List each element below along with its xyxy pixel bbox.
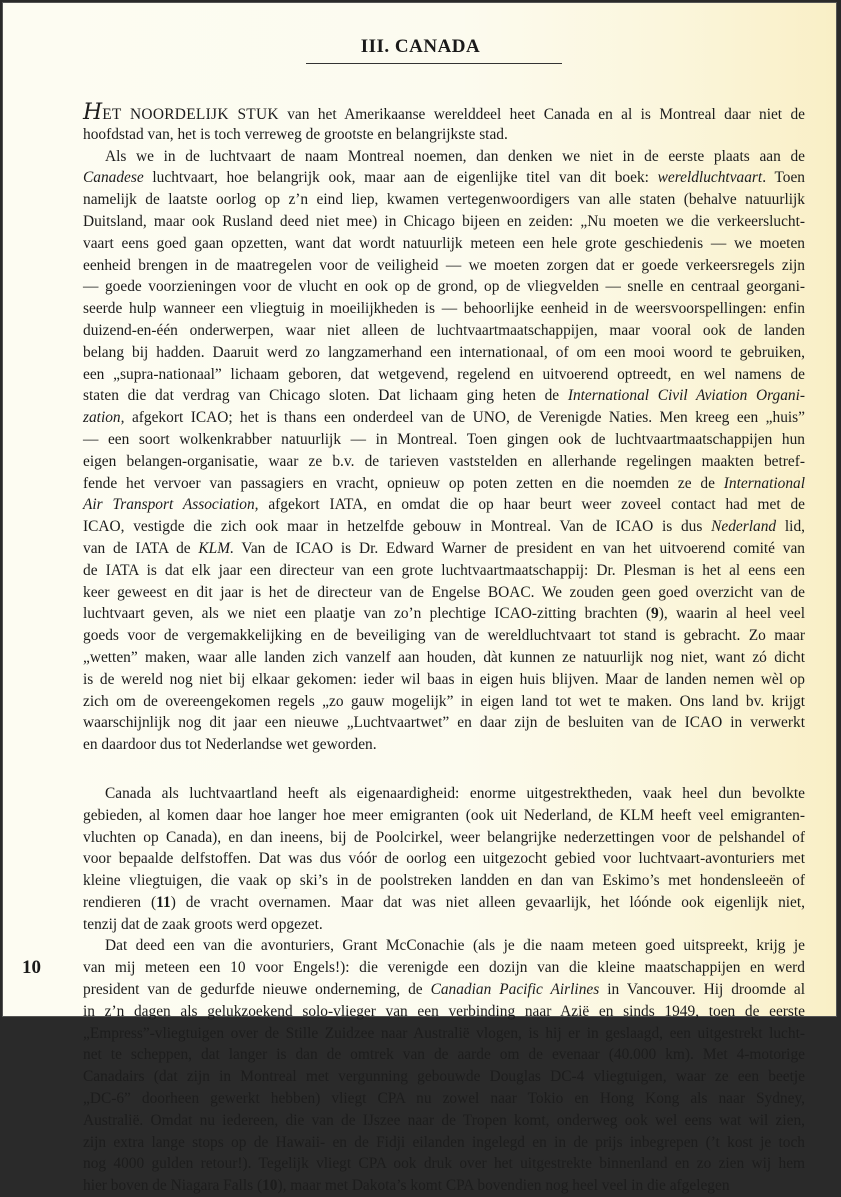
text-line: de IATA is dat elk jaar een directeur va… xyxy=(83,560,805,582)
heading-underline xyxy=(306,63,562,64)
page-number: 10 xyxy=(22,957,41,979)
text-line: namelijk de laatste oorlog op z’n eind l… xyxy=(83,189,805,211)
text-run: staten die dat verdrag van Chicago slote… xyxy=(83,387,568,404)
text-line: belang bij hadden. Daaruit werd zo langz… xyxy=(83,342,805,364)
decorative-initial: H xyxy=(83,100,102,125)
text-run: duizend-en-één onderwerpen, waar niet al… xyxy=(83,322,805,339)
italic-text: Nederland xyxy=(711,518,776,535)
text-line: kleine vliegtuigen, die vaak op ski’s in… xyxy=(83,870,805,892)
text-run: de IATA is dat elk jaar een directeur va… xyxy=(83,562,805,579)
text-line: Dat deed een van die avonturiers, Grant … xyxy=(83,935,805,957)
text-run: in Vancouver. Hij droomde al xyxy=(599,981,805,998)
text-line: zation, afgekort ICAO; het is thans een … xyxy=(83,407,805,429)
text-line: en daardoor dus tot Nederlandse wet gewo… xyxy=(83,734,805,756)
italic-text: wereldluchtvaart xyxy=(658,169,763,186)
text-line: luchtvaart geven, als we niet een plaatj… xyxy=(83,603,805,625)
paragraph-lines: hoofdstad van, het is toch verreweg de g… xyxy=(83,124,805,1021)
text-run: fende het vervoer van passagiers en vrac… xyxy=(83,475,724,492)
text-run: en daardoor dus tot Nederlandse wet gewo… xyxy=(83,736,377,753)
text-run: kleine vliegtuigen, die vaak op ski’s in… xyxy=(83,872,805,889)
text-run: goeds voor de vergemakkelijking en de be… xyxy=(83,627,805,644)
text-line: goeds voor de vergemakkelijking en de be… xyxy=(83,625,805,647)
text-run: Duitsland, maar ook Rusland deed niet me… xyxy=(83,213,805,230)
text-line: hoofdstad van, het is toch verreweg de g… xyxy=(83,124,805,146)
text-line: gebieden, al komen daar hoe langer hoe m… xyxy=(83,805,805,827)
italic-text: KLM. xyxy=(198,540,234,557)
text-run: Als we in de luchtvaart de naam Montreal… xyxy=(105,148,805,165)
text-line: keer geweest en dit jaar is het de direc… xyxy=(83,582,805,604)
text-run: belang bij hadden. Daaruit werd zo langz… xyxy=(83,344,805,361)
text-run: hoofdstad van, het is toch verreweg de g… xyxy=(83,126,508,143)
italic-text: International xyxy=(724,475,805,492)
text-run: gebieden, al komen daar hoe langer hoe m… xyxy=(83,807,805,824)
text-run: namelijk de laatste oorlog op z’n eind l… xyxy=(83,191,805,208)
text-line: staten die dat verdrag van Chicago slote… xyxy=(83,385,805,407)
text-line: fende het vervoer van passagiers en vrac… xyxy=(83,473,805,495)
text-line: Canadese luchtvaart, hoe belangrijk ook,… xyxy=(83,167,805,189)
text-run: — goede voorzieningen voor de vlucht en … xyxy=(83,278,805,295)
text-line: waarschijnlijk nog dit jaar een nieuwe „… xyxy=(83,712,805,734)
text-run: vluchten op Canada), en dan ineens, bij … xyxy=(83,829,805,846)
chapter-heading: III. CANADA xyxy=(3,36,838,58)
text-line: van de IATA de KLM. Van de ICAO is Dr. E… xyxy=(83,538,805,560)
opening-text: van het Amerikaanse werelddeel heet Cana… xyxy=(279,106,805,123)
text-line: een „supra-nationaal” lichaam geboren, d… xyxy=(83,364,805,386)
text-line: ICAO, vestigde die zich ook maar in hetz… xyxy=(83,516,805,538)
text-line: is de wereld nog niet bij elkaar gekomen… xyxy=(83,669,805,691)
text-run: vaart eens goed gaan opzetten, want dat … xyxy=(83,235,805,252)
italic-text: Canadese xyxy=(83,169,144,186)
text-line: seerde hulp wanneer een vliegtuig in moe… xyxy=(83,298,805,320)
text-line: vluchten op Canada), en dan ineens, bij … xyxy=(83,827,805,849)
text-run: ) de vracht overnamen. Maar dat was niet… xyxy=(171,894,805,911)
text-run: Dat deed een van die avonturiers, Grant … xyxy=(105,937,805,954)
text-line: Duitsland, maar ook Rusland deed niet me… xyxy=(83,211,805,233)
italic-text: Canadian Pacific Airlines xyxy=(431,981,600,998)
text-run: afgekort ICAO; het is thans een onderdee… xyxy=(124,409,805,426)
text-line: — goede voorzieningen voor de vlucht en … xyxy=(83,276,805,298)
italic-text: International Civil Aviation Organi- xyxy=(568,387,805,404)
opening-smallcaps: ET NOORDELIJK STUK xyxy=(102,106,279,123)
book-page: III. CANADA HET NOORDELIJK STUK van het … xyxy=(2,2,837,1017)
text-run: ), waarin al heel veel xyxy=(659,605,805,622)
text-run: seerde hulp wanneer een vliegtuig in moe… xyxy=(83,300,805,317)
text-run: van de IATA de xyxy=(83,540,198,557)
text-line: tenzij dat de zaak groots werd opgezet. xyxy=(83,914,805,936)
text-line: vaart eens goed gaan opzetten, want dat … xyxy=(83,233,805,255)
text-line: eigen belangen-organisatie, waar ze b.v.… xyxy=(83,451,805,473)
text-line: Air Transport Association, afgekort IATA… xyxy=(83,494,805,516)
text-run: voor bepaalde delfstoffen. Dat was dus v… xyxy=(83,850,805,867)
text-line: eenheid brengen in de maatregelen voor d… xyxy=(83,255,805,277)
text-run: keer geweest en dit jaar is het de direc… xyxy=(83,584,805,601)
text-line: „wetten” maken, waar alle landen zich va… xyxy=(83,647,805,669)
text-run: luchtvaart geven, als we niet een plaatj… xyxy=(83,605,651,622)
text-run: tenzij dat de zaak groots werd opgezet. xyxy=(83,916,323,933)
text-run: Canada als luchtvaartland heeft als eige… xyxy=(105,785,805,802)
text-run: afgekort IATA, en omdat die op haar beur… xyxy=(259,496,805,513)
text-run: van mij meteen een 10 voor Engels!): die… xyxy=(83,959,805,976)
text-run: is de wereld nog niet bij elkaar gekomen… xyxy=(83,671,805,688)
text-line: — een soort wolkenkrabber natuurlijk — i… xyxy=(83,429,805,451)
text-line: duizend-en-één onderwerpen, waar niet al… xyxy=(83,320,805,342)
text-run: een „supra-nationaal” lichaam geboren, d… xyxy=(83,366,805,383)
text-run: ICAO, vestigde die zich ook maar in hetz… xyxy=(83,518,711,535)
text-line: Canada als luchtvaartland heeft als eige… xyxy=(83,783,805,805)
figure-reference: 9 xyxy=(651,605,659,622)
text-line: voor bepaalde delfstoffen. Dat was dus v… xyxy=(83,848,805,870)
text-line: rendieren (11) de vracht overnamen. Maar… xyxy=(83,892,805,914)
text-run: luchtvaart, hoe belangrijk ook, maar aan… xyxy=(144,169,658,186)
text-run: Van de ICAO is Dr. Edward Warner de pres… xyxy=(234,540,805,557)
text-run: eigen belangen-organisatie, waar ze b.v.… xyxy=(83,453,805,470)
text-run: zich om de overeengekomen regels „zo gau… xyxy=(83,693,805,710)
text-line: president van de gedurfde nieuwe onderne… xyxy=(83,979,805,1001)
text-run: . Toen xyxy=(762,169,805,186)
text-run: „wetten” maken, waar alle landen zich va… xyxy=(83,649,805,666)
section-gap xyxy=(83,756,805,783)
text-line: zich om de overeengekomen regels „zo gau… xyxy=(83,691,805,713)
text-run: rendieren ( xyxy=(83,894,156,911)
text-run: — een soort wolkenkrabber natuurlijk — i… xyxy=(83,431,805,448)
text-run: president van de gedurfde nieuwe onderne… xyxy=(83,981,431,998)
text-run: eenheid brengen in de maatregelen voor d… xyxy=(83,257,805,274)
body-text: HET NOORDELIJK STUK van het Amerikaanse … xyxy=(83,102,805,1021)
text-run: waarschijnlijk nog dit jaar een nieuwe „… xyxy=(83,714,805,731)
text-run: in z’n dagen als gelukzoekend solo-vlieg… xyxy=(83,1003,805,1020)
opening-line: HET NOORDELIJK STUK van het Amerikaanse … xyxy=(83,102,805,124)
text-line: in z’n dagen als gelukzoekend solo-vlieg… xyxy=(83,1001,805,1021)
text-line: van mij meteen een 10 voor Engels!): die… xyxy=(83,957,805,979)
figure-reference: 11 xyxy=(156,894,171,911)
italic-text: zation, xyxy=(83,409,124,426)
text-line: Als we in de luchtvaart de naam Montreal… xyxy=(83,146,805,168)
italic-text: Air Transport Association, xyxy=(83,496,259,513)
text-run: lid, xyxy=(776,518,805,535)
